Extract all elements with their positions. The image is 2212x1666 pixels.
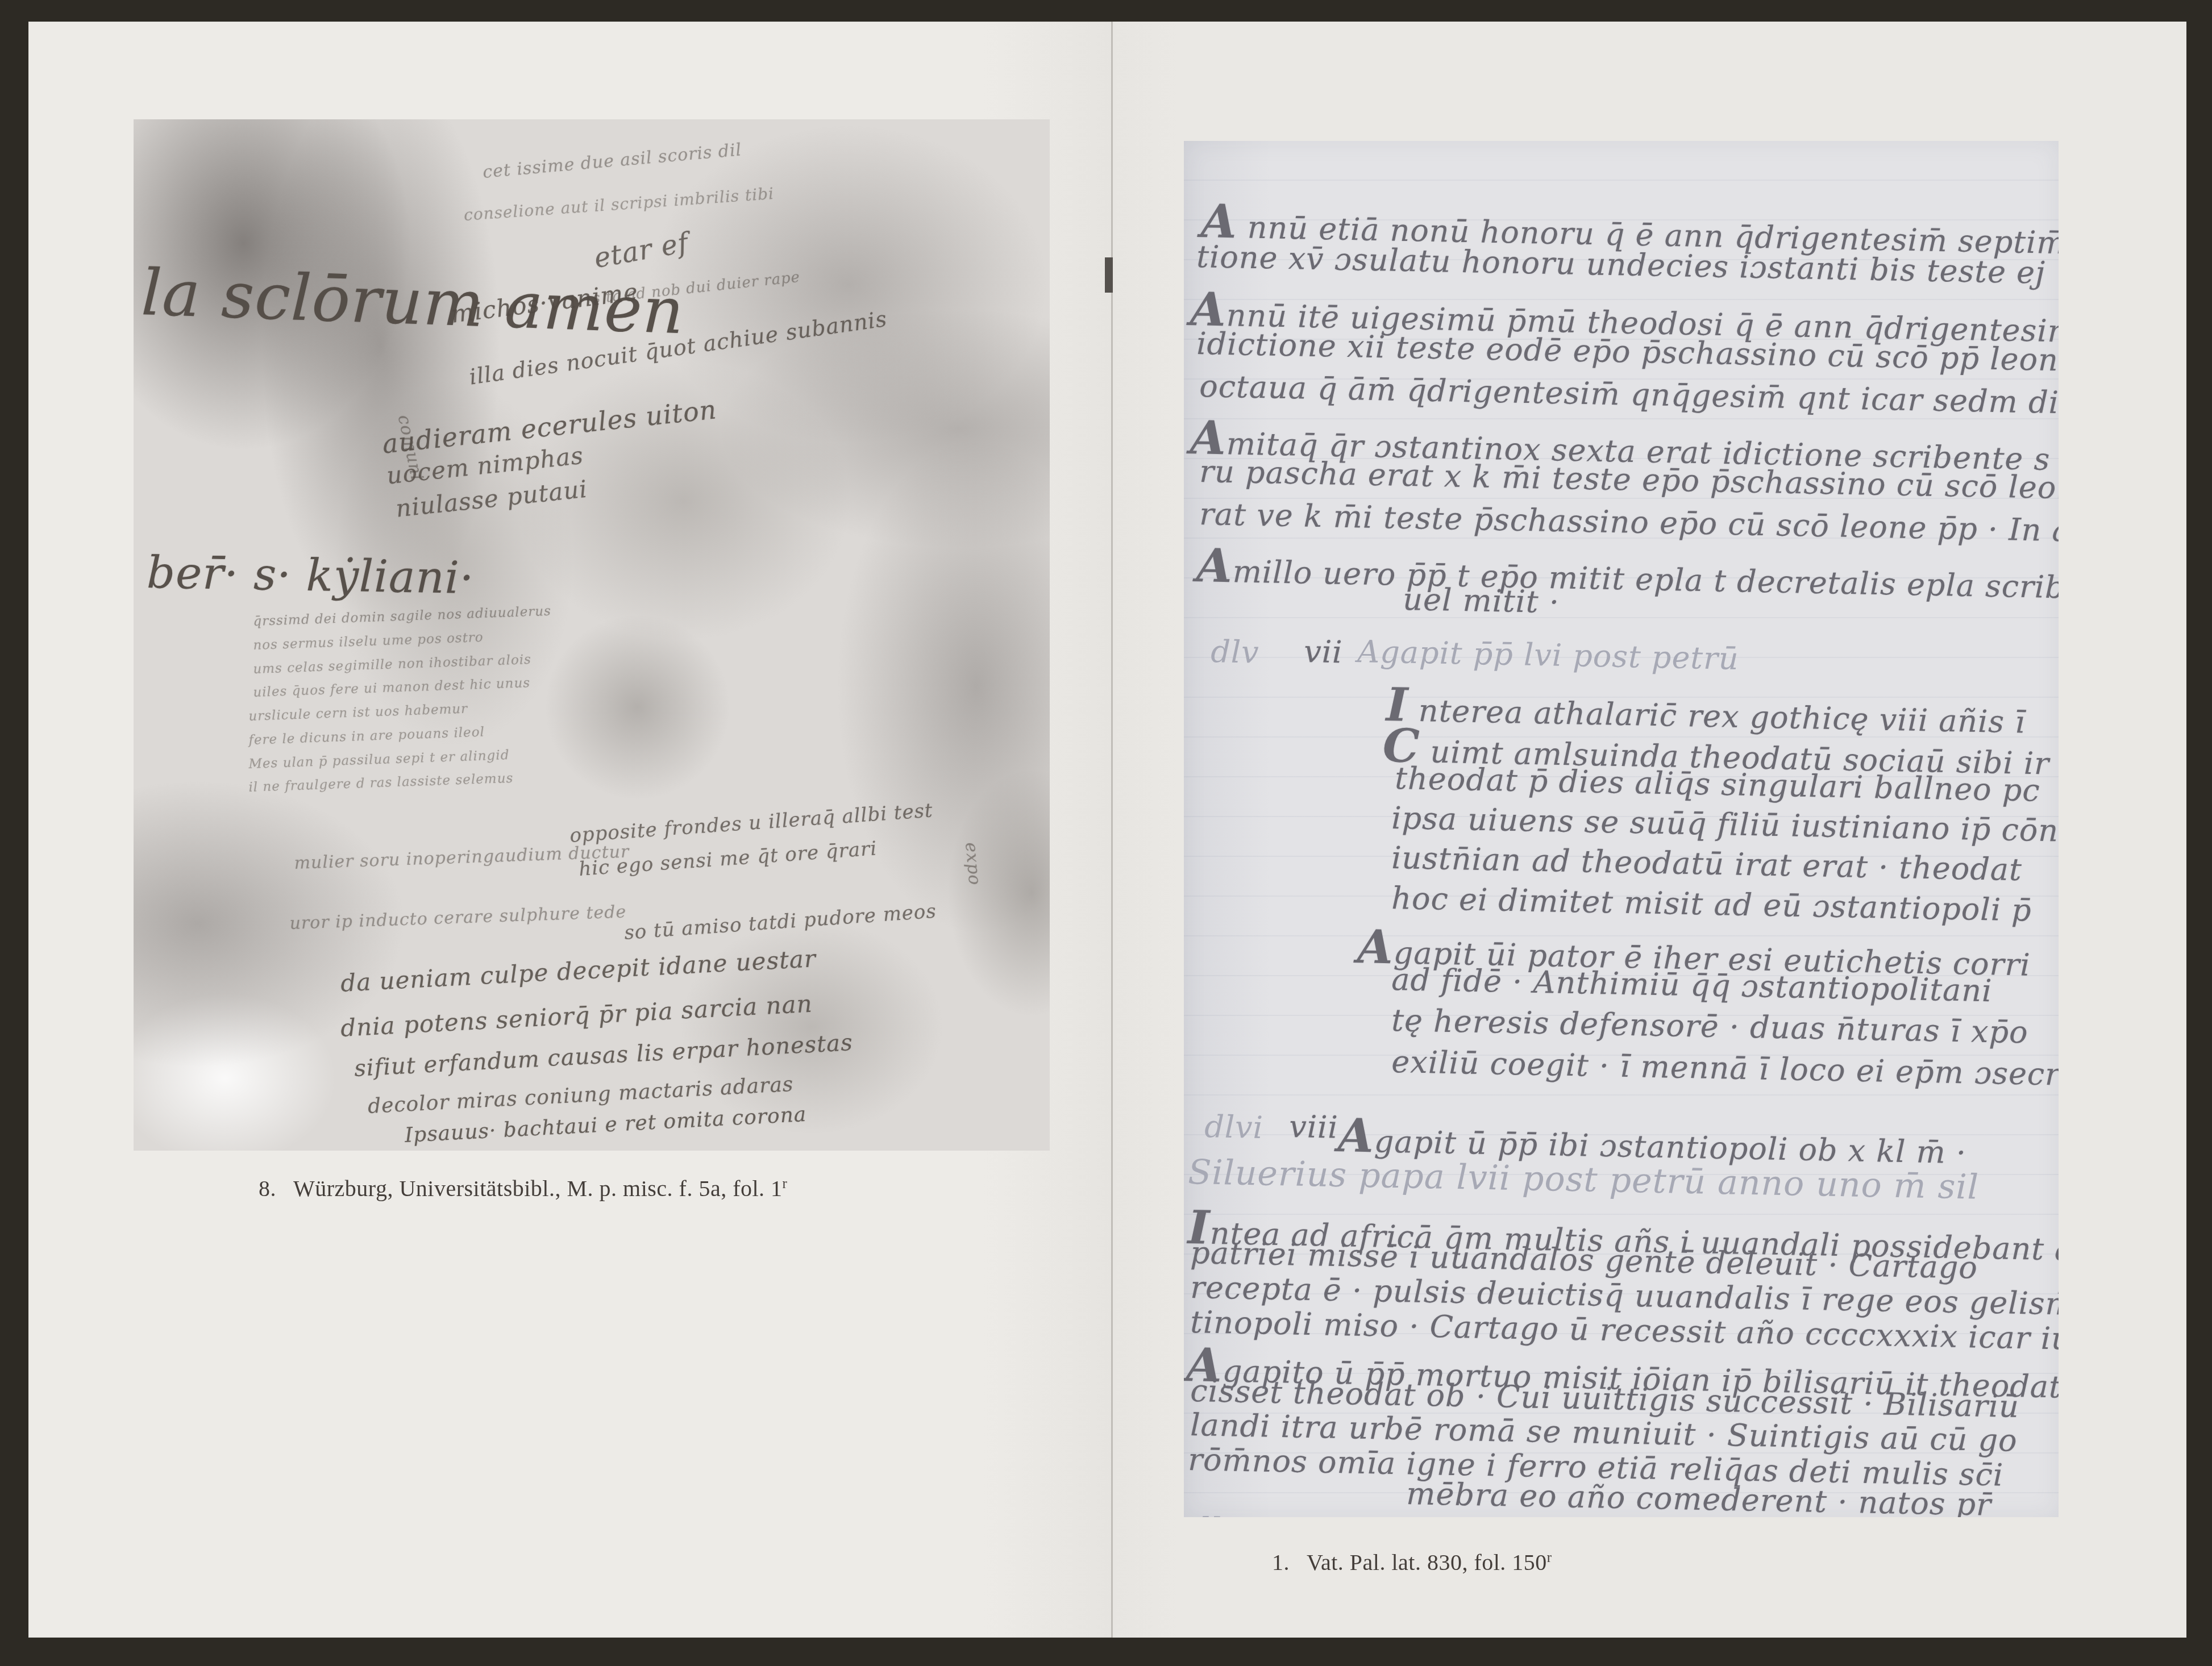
manuscript-fragment: ums celas segimille non ihostibar alois <box>253 652 531 677</box>
manuscript-line: Agapit p̄p̄ lvi post petrū <box>1357 634 1740 677</box>
manuscript-fragment: il ne fraulgere d ras lassiste selemus <box>248 771 514 795</box>
left-plate-image: cet issime due asil scoris dilconselione… <box>134 119 1050 1151</box>
left-plate-caption: 8.Würzburg, Universitätsbibl., M. p. mis… <box>259 1175 787 1202</box>
right-page: A nnū etiā nonū honoru q̄ ē ann q̄drigen… <box>1112 22 2186 1638</box>
manuscript-line: uel mitit · <box>1403 581 1560 620</box>
book-scan-page: cet issime due asil scoris dilconselione… <box>0 0 2212 1666</box>
gutter-ink-mark <box>1105 257 1113 293</box>
manuscript-fragment: Mes ulan p̄ passilua sepi t er alingid <box>248 748 510 772</box>
manuscript-fragment: uiles q̄uos fere ui manon dest hic unus <box>253 676 530 700</box>
manuscript-line: exiliū coegit · ī mennā ī loco ei ep̄m ɔ… <box>1391 1044 2059 1093</box>
manuscript-line: dlvi <box>1204 1109 1264 1146</box>
left-caption-folio-superscript: r <box>783 1176 788 1192</box>
right-caption-number: 1. <box>1272 1549 1290 1576</box>
manuscript-line: dlv <box>1210 634 1259 670</box>
manuscript-fragment: ber̄· s· kẏliani· <box>147 547 475 604</box>
manuscript-fragment: q̄rssimd dei domin sagile nos adiuualeru… <box>253 604 551 629</box>
manuscript-fragment: da ueniam culpe decepit idane uestar <box>340 944 817 997</box>
manuscript-line: hoc ei dimitet misit ad eū ɔstantiopoli … <box>1391 880 2032 928</box>
manuscript-fragment: cet issime due asil scoris dil <box>482 140 743 182</box>
right-plate-image: A nnū etiā nonū honoru q̄ ē ann q̄drigen… <box>1184 141 2059 1517</box>
right-caption-text: Vat. Pal. lat. 830, fol. 150 <box>1307 1550 1547 1575</box>
manuscript-fragment: conselione aut il scripsi imbrilis tibi <box>463 184 775 224</box>
manuscript-fragment: so tū amiso tatdi pudore meos <box>623 900 937 944</box>
manuscript-line: iustn̄ian ad theodatū irat erat · theoda… <box>1391 840 2023 888</box>
manuscript-line: octaua q̄ ām̄ q̄drigentesim̄ qnq̄gesim̄ … <box>1199 368 2059 421</box>
left-page: cet issime due asil scoris dilconselione… <box>28 22 1112 1638</box>
manuscript-line: tę heresis defensorē · duas n̄turas ī xp… <box>1391 1002 2028 1050</box>
manuscript-fragment: dnia potens seniorq̄ p̄r pia sarcia nan <box>340 990 813 1042</box>
manuscript-fragment: expo <box>961 842 984 886</box>
manuscript-line: Amillo uero p̄p̄ t ep̄o mitit epla t dec… <box>1196 539 2059 610</box>
right-plate-caption: 1.Vat. Pal. lat. 830, fol. 150r <box>1272 1549 1552 1576</box>
right-caption-folio-superscript: r <box>1547 1550 1552 1565</box>
left-caption-text: Würzburg, Universitätsbibl., M. p. misc.… <box>293 1176 783 1201</box>
manuscript-fragment: opposite frondes u illeraq̄ allbi test <box>569 799 934 848</box>
manuscript-line: viii <box>1289 1109 1339 1146</box>
manuscript-fragment: urslicule cern ist uos habemur <box>248 702 468 724</box>
manuscript-line: vii <box>1304 634 1343 670</box>
manuscript-fragment: etar ef <box>592 227 691 274</box>
left-caption-number: 8. <box>259 1175 276 1202</box>
manuscript-fragment: fere le dicuns in are pouans ileol <box>248 724 485 747</box>
manuscript-fragment: nos sermus ilselu ume pos ostro <box>253 630 484 653</box>
manuscript-fragment: uror ip inducto cerare sulphure tede <box>289 902 627 934</box>
manuscript-line: dlvii ix T <box>1187 1510 1342 1517</box>
